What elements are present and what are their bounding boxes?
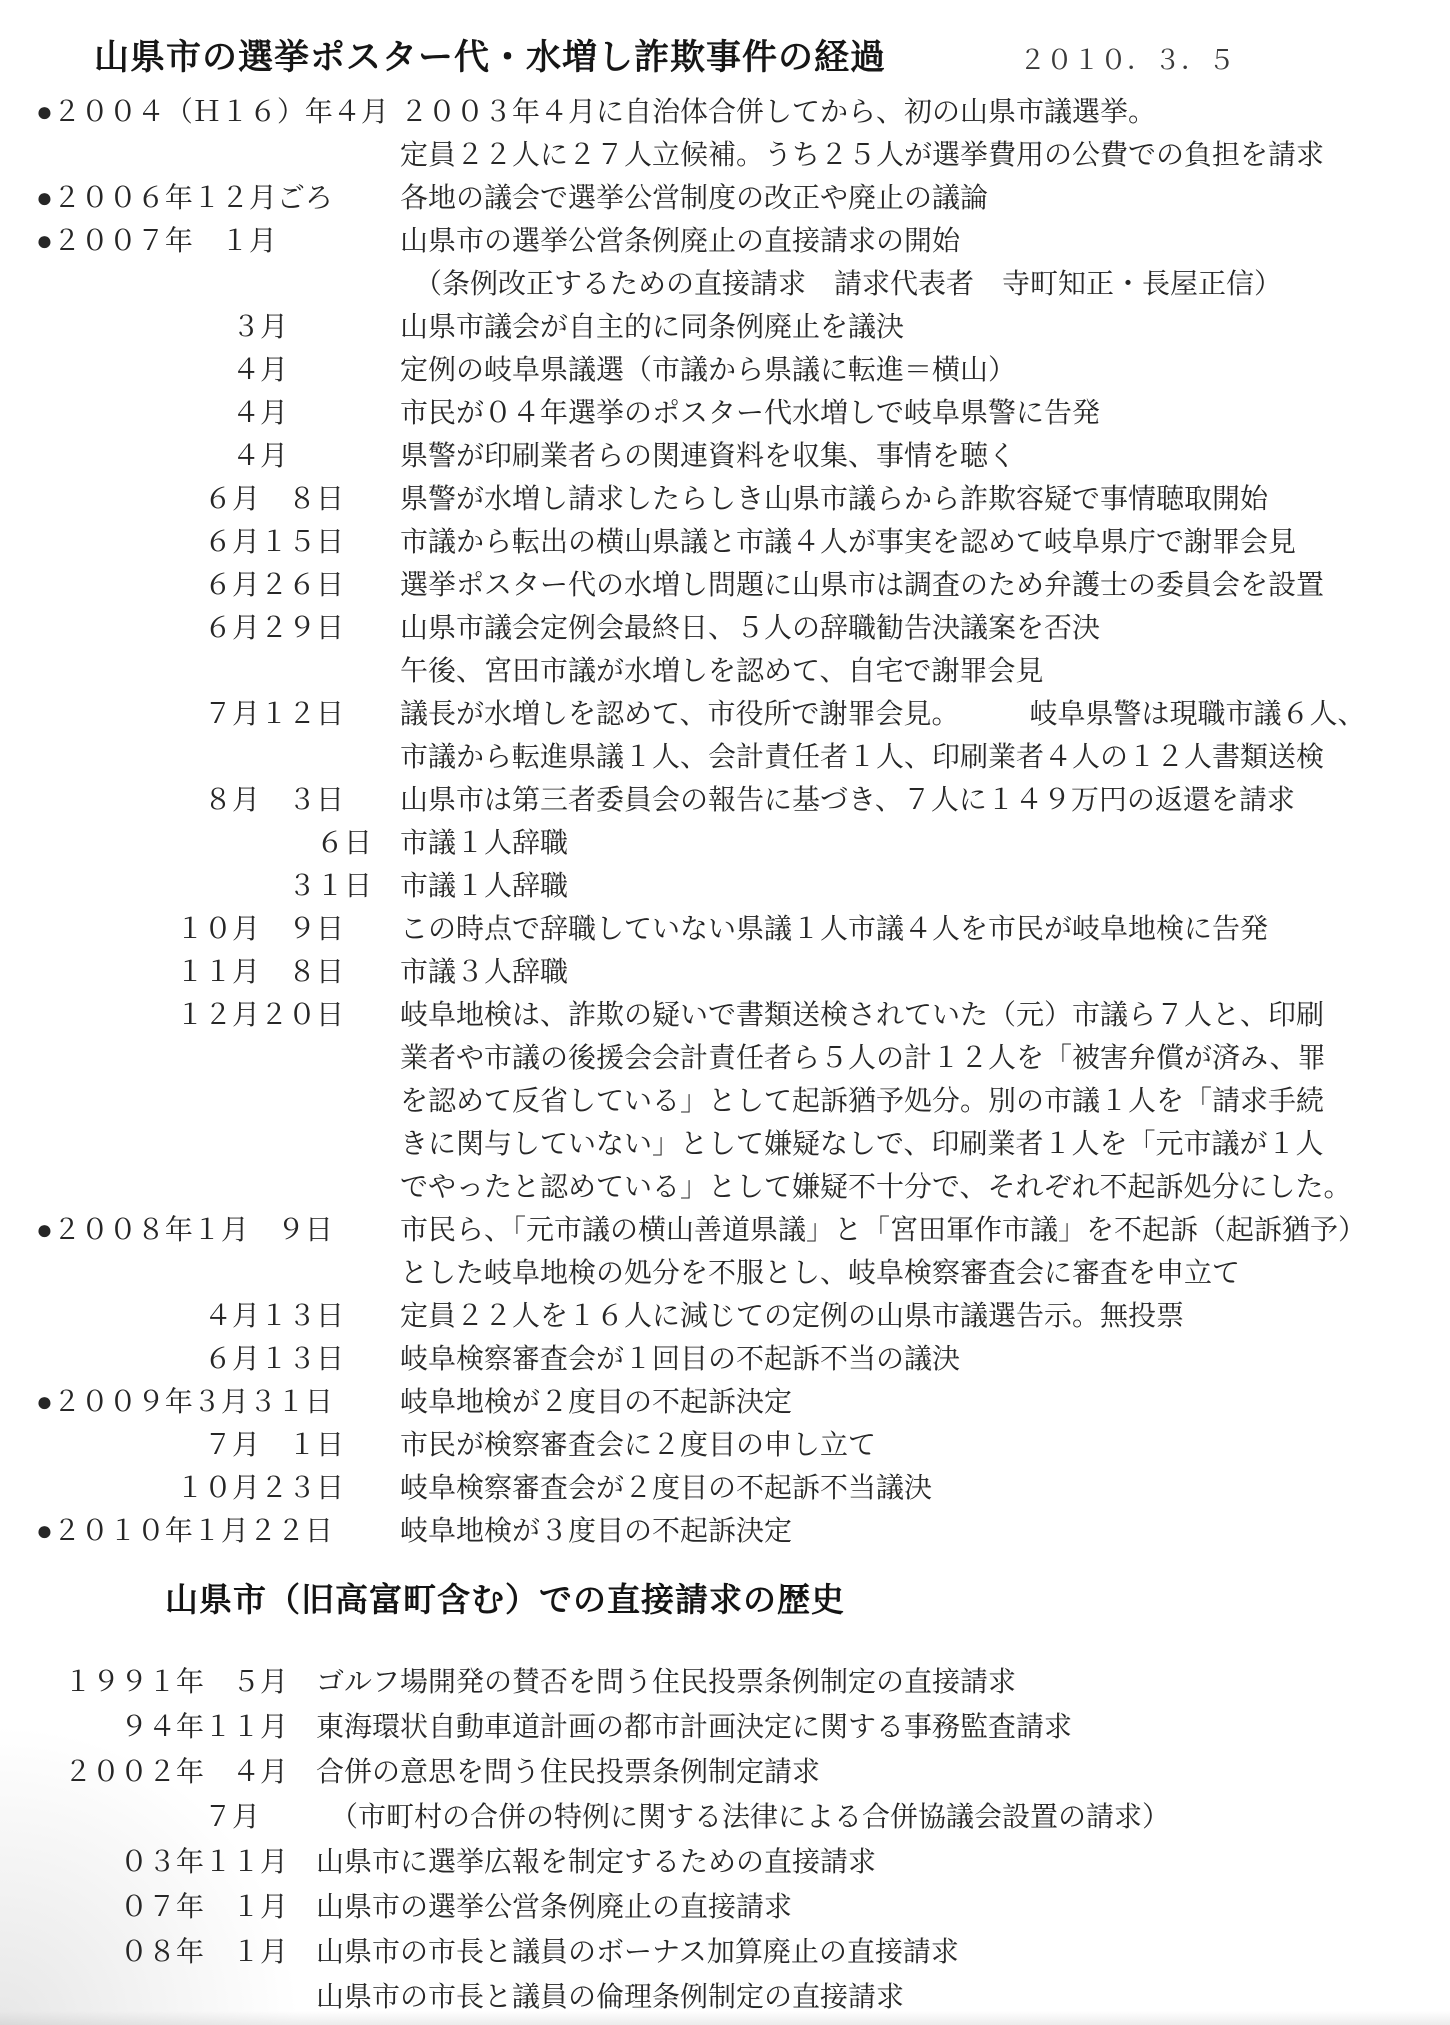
timeline-row: ７月 （市町村の合併の特例に関する法律による合併協議会設置の請求）	[36, 1797, 1430, 1842]
timeline-row: ●２００８年１月 ９日 市民ら、「元市議の横山善道県議」と「宮田軍作市議」を不起…	[36, 1210, 1430, 1253]
timeline-row: １０月２３日 岐阜検察審査会が２度目の不起訴不当議決	[36, 1468, 1430, 1511]
timeline-text: ２００３年４月に自治体合併してから、初の山県市議選挙。	[400, 92, 1430, 132]
timeline-text: とした岐阜地検の処分を不服とし、岐阜検察審査会に審査を申立て	[400, 1253, 1430, 1293]
timeline-text: 定員２２人に２７人立候補。うち２５人が選挙費用の公費での負担を請求	[400, 135, 1430, 175]
timeline-date: １２月２０日	[36, 995, 400, 1035]
timeline-text: 山県市は第三者委員会の報告に基づき、７人に１４９万円の返還を請求	[400, 780, 1430, 820]
timeline-text: 合併の意思を問う住民投票条例制定請求	[316, 1752, 1430, 1792]
timeline-text: きに関与していない」として嫌疑なしで、印刷業者１人を「元市議が１人	[400, 1124, 1430, 1164]
timeline-row: ６月２６日 選挙ポスター代の水増し問題に山県市は調査のため弁護士の委員会を設置	[36, 565, 1430, 608]
timeline-date: ０７年 １月	[36, 1887, 316, 1927]
timeline-row: ４月 市民が０４年選挙のポスター代水増しで岐阜県警に告発	[36, 393, 1430, 436]
timeline-row: ０７年 １月 山県市の選挙公営条例廃止の直接請求	[36, 1887, 1430, 1932]
timeline-date: １０月２３日	[36, 1468, 400, 1508]
timeline-text: 議長が水増しを認めて、市役所で謝罪会見。 岐阜県警は現職市議６人、	[400, 694, 1430, 734]
timeline-text: 岐阜検察審査会が２度目の不起訴不当議決	[400, 1468, 1430, 1508]
timeline-row: ●２００４（Ｈ１６）年４月 ２００３年４月に自治体合併してから、初の山県市議選挙…	[36, 92, 1430, 135]
timeline-row: 市議から転進県議１人、会計責任者１人、印刷業者４人の１２人書類送検	[36, 737, 1430, 780]
timeline-text: （条例改正するための直接請求 請求代表者 寺町知正・長屋正信）	[400, 264, 1430, 304]
timeline-row: ２００２年 ４月 合併の意思を問う住民投票条例制定請求	[36, 1752, 1430, 1797]
timeline-row: （条例改正するための直接請求 請求代表者 寺町知正・長屋正信）	[36, 264, 1430, 307]
timeline-row: ●２００７年 １月 山県市の選挙公営条例廃止の直接請求の開始	[36, 221, 1430, 264]
timeline-text: 午後、宮田市議が水増しを認めて、自宅で謝罪会見	[400, 651, 1430, 691]
timeline-text: 県警が印刷業者らの関連資料を収集、事情を聴く	[400, 436, 1430, 476]
timeline-row: 業者や市議の後援会会計責任者ら５人の計１２人を「被害弁償が済み、罪	[36, 1038, 1430, 1081]
timeline-row: ７月１２日 議長が水増しを認めて、市役所で謝罪会見。 岐阜県警は現職市議６人、	[36, 694, 1430, 737]
timeline-date: ４月	[36, 393, 400, 433]
timeline-text: 市民が０４年選挙のポスター代水増しで岐阜県警に告発	[400, 393, 1430, 433]
timeline-date: ６日	[36, 823, 400, 863]
timeline-text: でやったと認めている」として嫌疑不十分で、それぞれ不起訴処分にした。	[400, 1167, 1430, 1207]
timeline-text: 市民ら、「元市議の横山善道県議」と「宮田軍作市議」を不起訴（起訴猶予）	[400, 1210, 1430, 1250]
timeline-text: 業者や市議の後援会会計責任者ら５人の計１２人を「被害弁償が済み、罪	[400, 1038, 1430, 1078]
timeline-date: ●２００６年１２月ごろ	[36, 178, 400, 218]
timeline-date: ８月 ３日	[36, 780, 400, 820]
document-page: 山県市の選挙ポスター代・水増し詐欺事件の経過 ２０１０．３．５ ●２００４（Ｈ１…	[0, 0, 1450, 2022]
timeline-text: 山県市の選挙公営条例廃止の直接請求	[316, 1887, 1430, 1927]
timeline-text: を認めて反省している」として起訴猶予処分。別の市議１人を「請求手続	[400, 1081, 1430, 1121]
timeline-text: 市議から転進県議１人、会計責任者１人、印刷業者４人の１２人書類送検	[400, 737, 1430, 777]
timeline-row: ●２０１０年１月２２日 岐阜地検が３度目の不起訴決定	[36, 1511, 1430, 1554]
timeline-text: 選挙ポスター代の水増し問題に山県市は調査のため弁護士の委員会を設置	[400, 565, 1430, 605]
timeline-date: ●２００９年３月３１日	[36, 1382, 400, 1422]
timeline-text: 定例の岐阜県議選（市議から県議に転進＝横山）	[400, 350, 1430, 390]
timeline-date: ●２００８年１月 ９日	[36, 1210, 400, 1250]
timeline-date: ７月１２日	[36, 694, 400, 734]
timeline-text: 山県市議会定例会最終日、５人の辞職勧告決議案を否決	[400, 608, 1430, 648]
timeline-text: 山県市議会が自主的に同条例廃止を議決	[400, 307, 1430, 347]
timeline-date: １９９１年 ５月	[36, 1662, 316, 1702]
timeline-date: ２００２年 ４月	[36, 1752, 316, 1792]
timeline-row: きに関与していない」として嫌疑なしで、印刷業者１人を「元市議が１人	[36, 1124, 1430, 1167]
timeline-date: ０３年１１月	[36, 1842, 316, 1882]
timeline-text: 山県市の選挙公営条例廃止の直接請求の開始	[400, 221, 1430, 261]
timeline-row: とした岐阜地検の処分を不服とし、岐阜検察審査会に審査を申立て	[36, 1253, 1430, 1296]
timeline-row: ３１日 市議１人辞職	[36, 866, 1430, 909]
timeline-date: ３１日	[36, 866, 400, 906]
timeline-date: ６月２６日	[36, 565, 400, 605]
timeline-text: 各地の議会で選挙公営制度の改正や廃止の議論	[400, 178, 1430, 218]
timeline-row: ４月 定例の岐阜県議選（市議から県議に転進＝横山）	[36, 350, 1430, 393]
timeline-row: ６日 市議１人辞職	[36, 823, 1430, 866]
timeline-text: 山県市の市長と議員のボーナス加算廃止の直接請求	[316, 1932, 1430, 1972]
timeline-row: １９９１年 ５月 ゴルフ場開発の賛否を問う住民投票条例制定の直接請求	[36, 1662, 1430, 1707]
timeline-text: 岐阜地検が３度目の不起訴決定	[400, 1511, 1430, 1551]
timeline-text: 定員２２人を１６人に減じての定例の山県市議選告示。無投票	[400, 1296, 1430, 1336]
incident-timeline: ●２００４（Ｈ１６）年４月 ２００３年４月に自治体合併してから、初の山県市議選挙…	[36, 92, 1430, 1554]
timeline-text: 岐阜地検は、詐欺の疑いで書類送検されていた（元）市議ら７人と、印刷	[400, 995, 1430, 1035]
timeline-text: 岐阜地検が２度目の不起訴決定	[400, 1382, 1430, 1422]
timeline-text: 岐阜検察審査会が１回目の不起訴不当の議決	[400, 1339, 1430, 1379]
timeline-date: ７月	[36, 1797, 316, 1837]
timeline-date: ●２００７年 １月	[36, 221, 400, 261]
timeline-row: ８月 ３日 山県市は第三者委員会の報告に基づき、７人に１４９万円の返還を請求	[36, 780, 1430, 823]
document-date: ２０１０．３．５	[1019, 38, 1235, 77]
timeline-row: ４月１３日 定員２２人を１６人に減じての定例の山県市議選告示。無投票	[36, 1296, 1430, 1339]
timeline-text: 県警が水増し請求したらしき山県市議らから詐欺容疑で事情聴取開始	[400, 479, 1430, 519]
timeline-date: ●２０１０年１月２２日	[36, 1511, 400, 1551]
timeline-date: ３月	[36, 307, 400, 347]
timeline-row: １０月 ９日 この時点で辞職していない県議１人市議４人を市民が岐阜地検に告発	[36, 909, 1430, 952]
timeline-date: ４月	[36, 350, 400, 390]
timeline-row: ６月２９日 山県市議会定例会最終日、５人の辞職勧告決議案を否決	[36, 608, 1430, 651]
timeline-row: 定員２２人に２７人立候補。うち２５人が選挙費用の公費での負担を請求	[36, 135, 1430, 178]
timeline-text: 山県市の市長と議員の倫理条例制定の直接請求	[316, 1977, 1430, 2017]
timeline-text: 市議１人辞職	[400, 866, 1430, 906]
timeline-text: 東海環状自動車道計画の都市計画決定に関する事務監査請求	[316, 1707, 1430, 1747]
timeline-row: ６月１５日 市議から転出の横山県議と市議４人が事実を認めて岐阜県庁で謝罪会見	[36, 522, 1430, 565]
timeline-row: ０８年 １月 山県市の市長と議員のボーナス加算廃止の直接請求	[36, 1932, 1430, 1977]
title-row: 山県市の選挙ポスター代・水増し詐欺事件の経過 ２０１０．３．５	[36, 30, 1430, 82]
timeline-row: 午後、宮田市議が水増しを認めて、自宅で謝罪会見	[36, 651, 1430, 694]
timeline-text: 山県市に選挙広報を制定するための直接請求	[316, 1842, 1430, 1882]
document-title: 山県市の選挙ポスター代・水増し詐欺事件の経過	[94, 30, 886, 80]
direct-claims-history: １９９１年 ５月 ゴルフ場開発の賛否を問う住民投票条例制定の直接請求 ９４年１１…	[36, 1662, 1430, 2022]
timeline-date: ４月	[36, 436, 400, 476]
timeline-text: 市議１人辞職	[400, 823, 1430, 863]
timeline-date: ６月１５日	[36, 522, 400, 562]
timeline-date: ７月 １日	[36, 1425, 400, 1465]
section-heading: 山県市（旧高富町含む）での直接請求の歴史	[165, 1576, 1430, 1624]
timeline-text: 市議から転出の横山県議と市議４人が事実を認めて岐阜県庁で謝罪会見	[400, 522, 1430, 562]
timeline-text: 市議３人辞職	[400, 952, 1430, 992]
timeline-date: １０月 ９日	[36, 909, 400, 949]
timeline-date: ●２００４（Ｈ１６）年４月	[36, 92, 400, 132]
timeline-date: １１月 ８日	[36, 952, 400, 992]
timeline-date: ４月１３日	[36, 1296, 400, 1336]
timeline-row: １１月 ８日 市議３人辞職	[36, 952, 1430, 995]
timeline-date: ９４年１１月	[36, 1707, 316, 1747]
timeline-row: でやったと認めている」として嫌疑不十分で、それぞれ不起訴処分にした。	[36, 1167, 1430, 1210]
timeline-date: ６月１３日	[36, 1339, 400, 1379]
timeline-row: ●２００６年１２月ごろ 各地の議会で選挙公営制度の改正や廃止の議論	[36, 178, 1430, 221]
timeline-date: ６月２９日	[36, 608, 400, 648]
timeline-row: ４月 県警が印刷業者らの関連資料を収集、事情を聴く	[36, 436, 1430, 479]
timeline-text: この時点で辞職していない県議１人市議４人を市民が岐阜地検に告発	[400, 909, 1430, 949]
timeline-row: ３月 山県市議会が自主的に同条例廃止を議決	[36, 307, 1430, 350]
timeline-row: ９４年１１月 東海環状自動車道計画の都市計画決定に関する事務監査請求	[36, 1707, 1430, 1752]
timeline-text: （市町村の合併の特例に関する法律による合併協議会設置の請求）	[316, 1797, 1430, 1837]
timeline-date: ０８年 １月	[36, 1932, 316, 1972]
timeline-row: １２月２０日 岐阜地検は、詐欺の疑いで書類送検されていた（元）市議ら７人と、印刷	[36, 995, 1430, 1038]
timeline-text: 市民が検察審査会に２度目の申し立て	[400, 1425, 1430, 1465]
timeline-row: ０３年１１月 山県市に選挙広報を制定するための直接請求	[36, 1842, 1430, 1887]
timeline-row: ６月１３日 岐阜検察審査会が１回目の不起訴不当の議決	[36, 1339, 1430, 1382]
timeline-row: ●２００９年３月３１日 岐阜地検が２度目の不起訴決定	[36, 1382, 1430, 1425]
timeline-row: ７月 １日 市民が検察審査会に２度目の申し立て	[36, 1425, 1430, 1468]
timeline-row: ６月 ８日 県警が水増し請求したらしき山県市議らから詐欺容疑で事情聴取開始	[36, 479, 1430, 522]
timeline-date: ６月 ８日	[36, 479, 400, 519]
timeline-text: ゴルフ場開発の賛否を問う住民投票条例制定の直接請求	[316, 1662, 1430, 1702]
timeline-row: を認めて反省している」として起訴猶予処分。別の市議１人を「請求手続	[36, 1081, 1430, 1124]
timeline-row: 山県市の市長と議員の倫理条例制定の直接請求	[36, 1977, 1430, 2022]
